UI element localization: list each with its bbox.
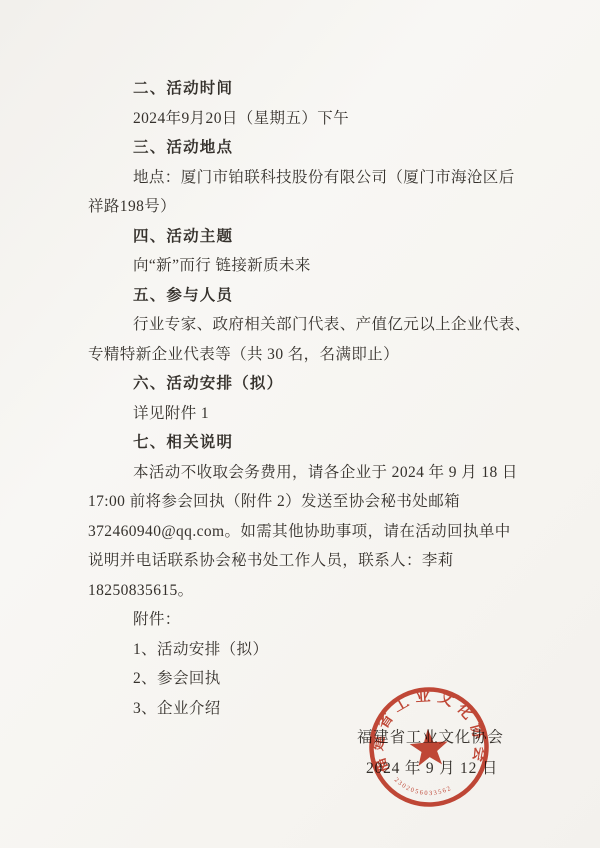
scanned-document-page: 二、活动时间 2024年9月20日（星期五）下午 三、活动地点 地点：厦门市铂联… <box>0 0 600 848</box>
star-icon <box>409 728 449 767</box>
official-seal-stamp: 福建省工业文化协会 2302056033562 <box>363 681 495 813</box>
signature-block: 福建省工业文化协会 2024 年 9 月 12 日 <box>0 0 600 848</box>
